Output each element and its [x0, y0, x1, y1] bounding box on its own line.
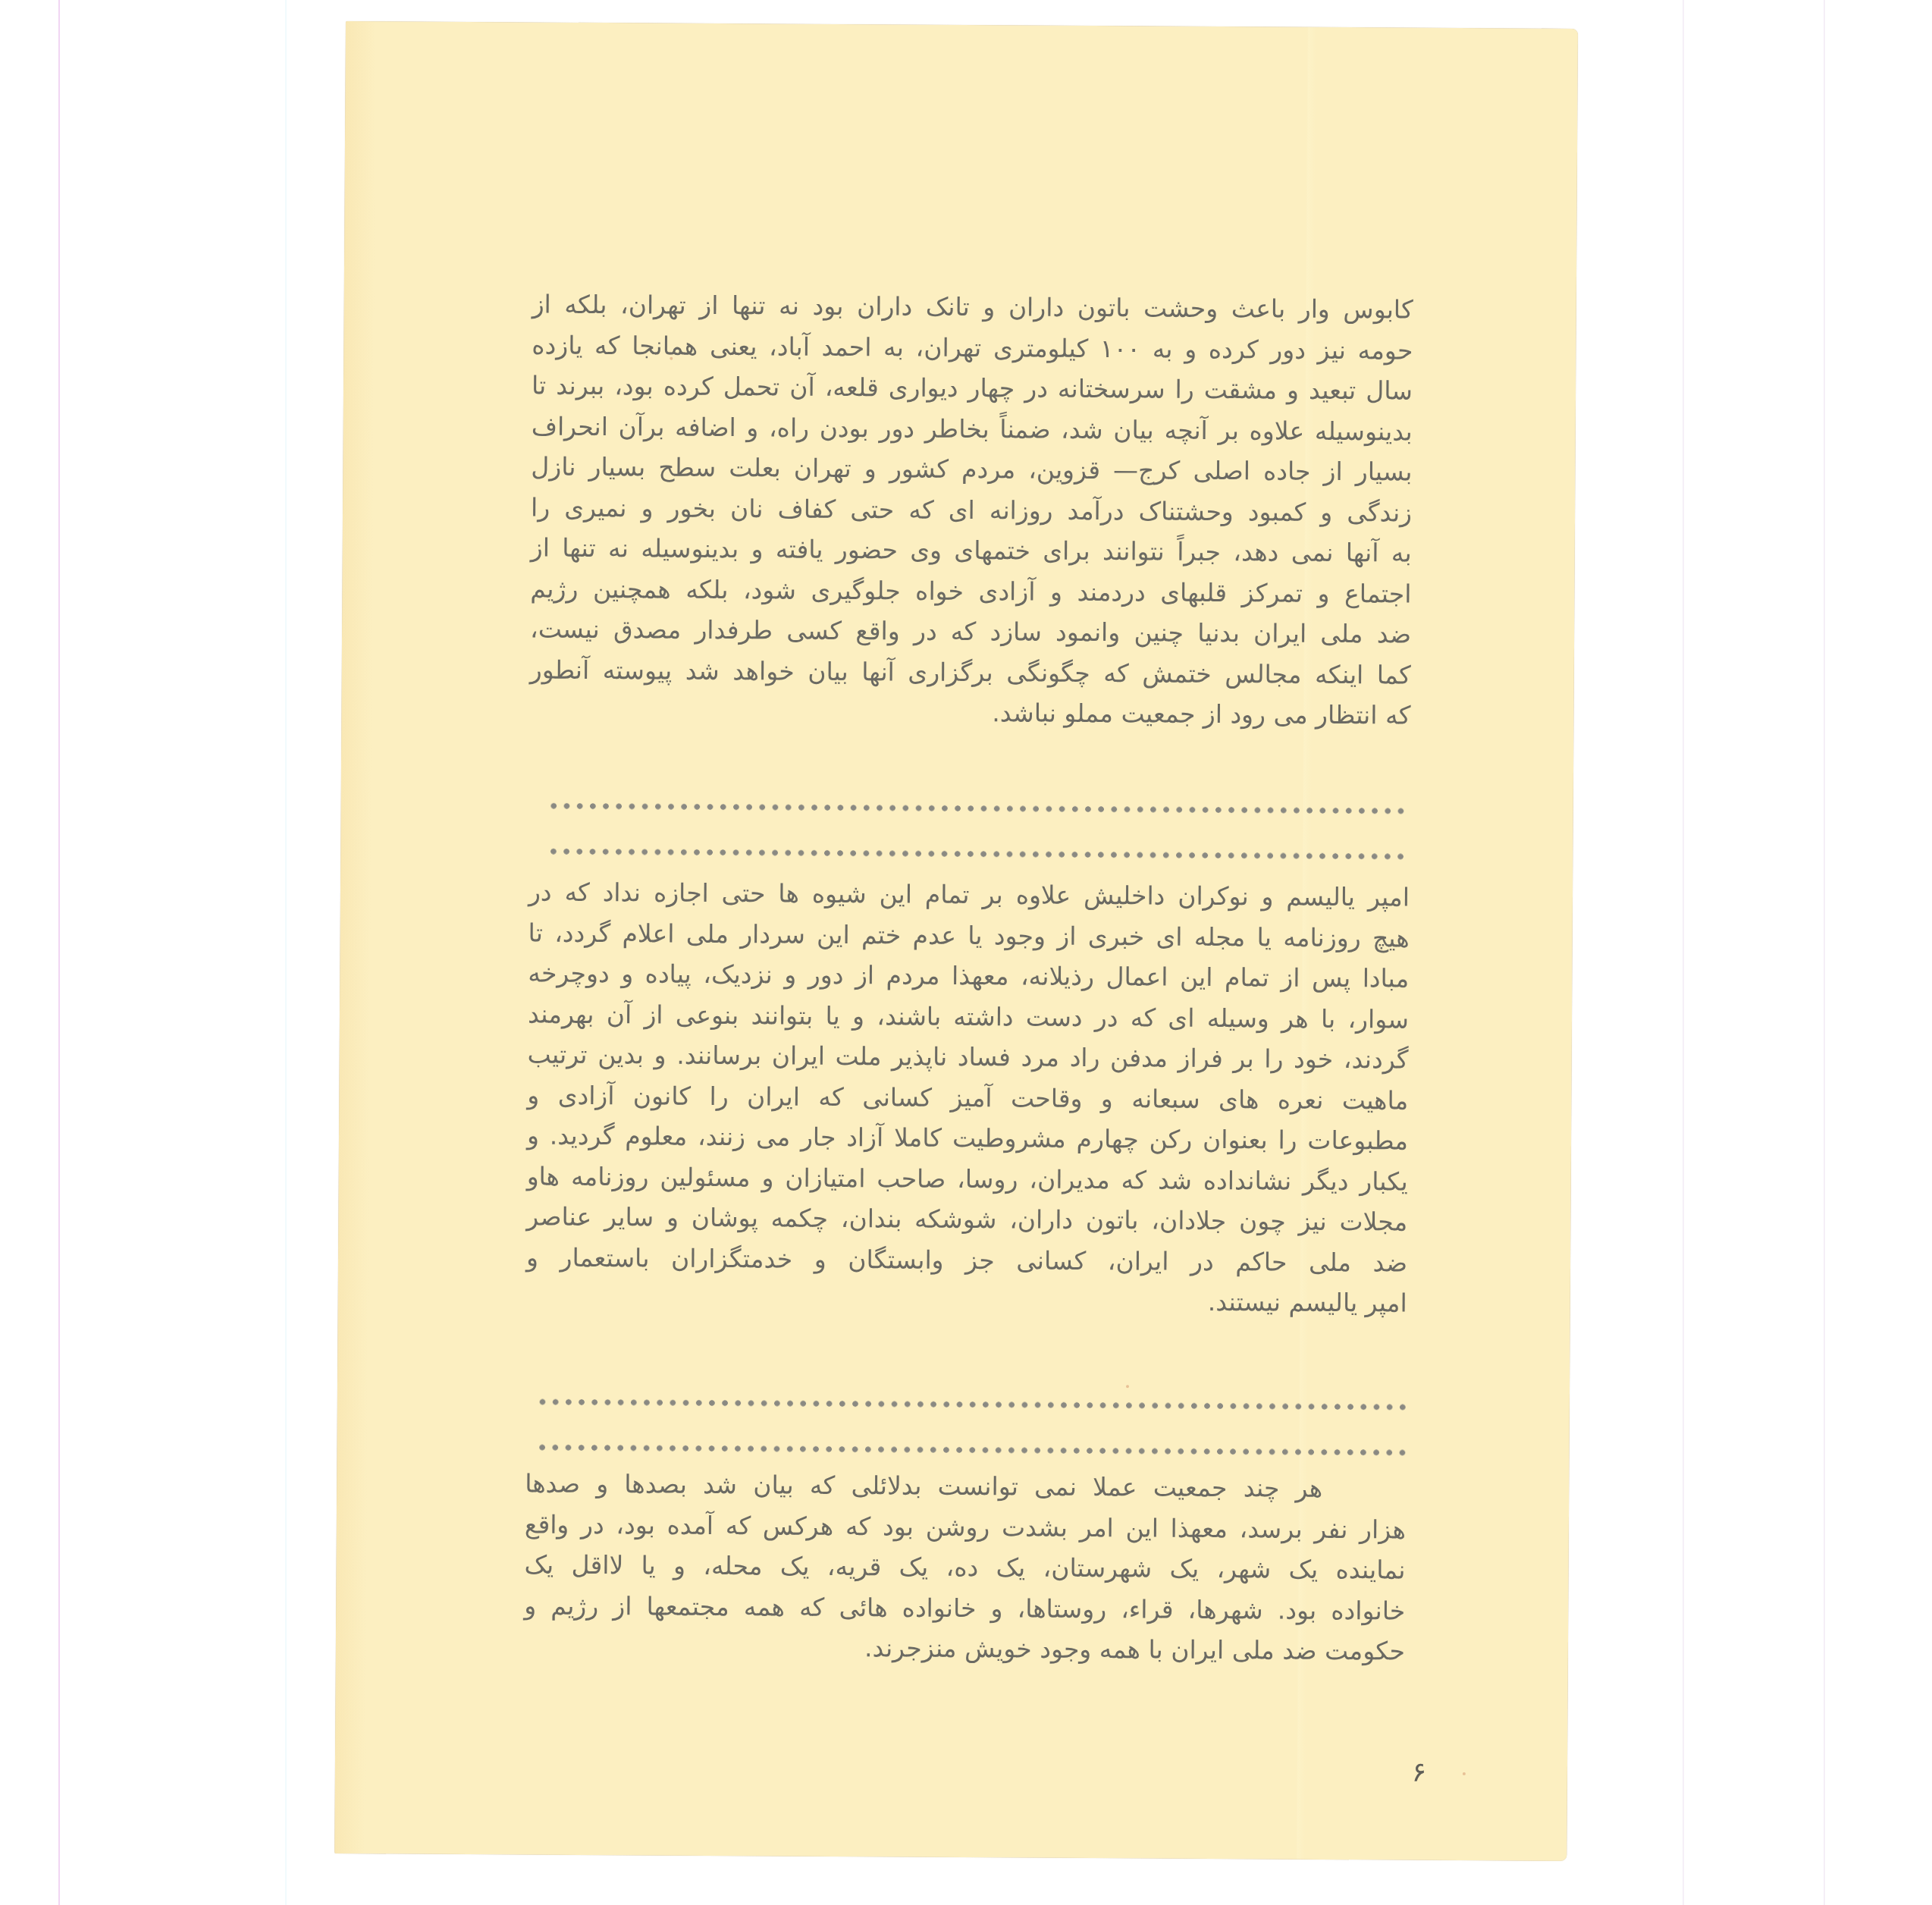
- text-line: هر چند جمعیت عملا نمی توانست بدلائلی که …: [525, 1463, 1406, 1509]
- text-line: نماینده یک شهر، یک شهرستان، یک ده، یک قر…: [524, 1544, 1405, 1590]
- text-line: امپر یالیسم و نوکران داخلیش علاوه بر تما…: [528, 871, 1410, 918]
- text-line: یکبار دیگر نشانداده شد که مدیران، روسا، …: [527, 1156, 1408, 1202]
- dotted-separator: [547, 803, 1410, 814]
- text-line: زندگی و کمبود وحشتناک درآمد روزانه ای که…: [531, 487, 1412, 533]
- text-line: مطبوعات را بعنوان رکن چهارم مشروطیت کامل…: [527, 1115, 1408, 1161]
- text-line: امپر یالیسم نیستند.: [526, 1277, 1407, 1323]
- text-line: ضد ملی حاکم در ایران، کسانی جز وابستگان …: [526, 1237, 1407, 1283]
- book-page: کابوس وار باعث وحشت باتون داران و تانک د…: [334, 21, 1578, 1861]
- text-line: ماهیت نعره های سبعانه و وقاحت آمیز کسانی…: [527, 1075, 1408, 1121]
- paper-speck: [670, 357, 673, 360]
- text-line: حکومت ضد ملی ایران با همه وجود خویش منزج…: [524, 1625, 1405, 1671]
- text-line: مبادا پس از تمام این اعمال رذیلانه، معهذ…: [528, 952, 1409, 999]
- text-line: سوار، با هر وسیله ای که در دست داشته باش…: [528, 993, 1409, 1040]
- scanner-artifact-line: [1824, 0, 1825, 1905]
- paragraph-1: کابوس وار باعث وحشت باتون داران و تانک د…: [529, 284, 1413, 736]
- text-line: مجلات نیز چون جلادان، باتون داران، شوشکه…: [526, 1196, 1407, 1242]
- dotted-separator: [535, 1445, 1406, 1456]
- text-line: هزار نفر برسد، معهذا این امر بشدت روشن ب…: [525, 1504, 1406, 1550]
- dotted-separator: [547, 849, 1410, 860]
- text-line: گردند، خود را بر فراز مدفن راد مرد فساد …: [528, 1034, 1409, 1080]
- scanner-artifact-line: [1683, 0, 1684, 1905]
- paper-speck: [1126, 1385, 1129, 1388]
- text-line: کابوس وار باعث وحشت باتون داران و تانک د…: [532, 284, 1413, 331]
- text-line: خانواده بود. شهرها، قراء، روستاها، و خان…: [524, 1585, 1405, 1631]
- scanner-artifact-line: [285, 0, 287, 1905]
- paragraph-2: امپر یالیسم و نوکران داخلیش علاوه بر تما…: [526, 871, 1410, 1323]
- text-line: بدینوسیله علاوه بر آنچه بیان شد، ضمناً ب…: [532, 406, 1413, 452]
- page-number: ۶: [1412, 1757, 1427, 1788]
- paragraph-3: هر چند جمعیت عملا نمی توانست بدلائلی که …: [524, 1463, 1407, 1671]
- text-line: بسیار از جاده اصلی کرج— قزوین، مردم کشور…: [531, 447, 1412, 493]
- text-line: به آنها نمی دهد، جبراً نتوانند برای ختمه…: [531, 528, 1412, 574]
- paper-speck: [1463, 1772, 1466, 1775]
- dotted-separator: [536, 1399, 1407, 1411]
- text-line: ضد ملی ایران بدنیا چنین وانمود سازد که د…: [530, 609, 1411, 655]
- text-line: که انتظار می رود از جمعیت مملو نباشد.: [529, 689, 1410, 736]
- text-line: سال تبعید و مشقت را سرسختانه در چهار دیو…: [532, 366, 1413, 412]
- text-line: هیچ روزنامه یا مجله ای خبری از وجود یا ع…: [528, 912, 1410, 959]
- text-line: حومه نیز دور کرده و به ۱۰۰ کیلومتری تهرا…: [532, 325, 1413, 371]
- scanner-artifact-line: [58, 0, 60, 1905]
- text-line: کما اینکه مجالس ختمش که چگونگی برگزاری آ…: [530, 649, 1411, 695]
- text-line: اجتماع و تمرکز قلبهای دردمند و آزادی خوا…: [530, 568, 1411, 614]
- scanned-page-canvas: کابوس وار باعث وحشت باتون داران و تانک د…: [0, 0, 1932, 1905]
